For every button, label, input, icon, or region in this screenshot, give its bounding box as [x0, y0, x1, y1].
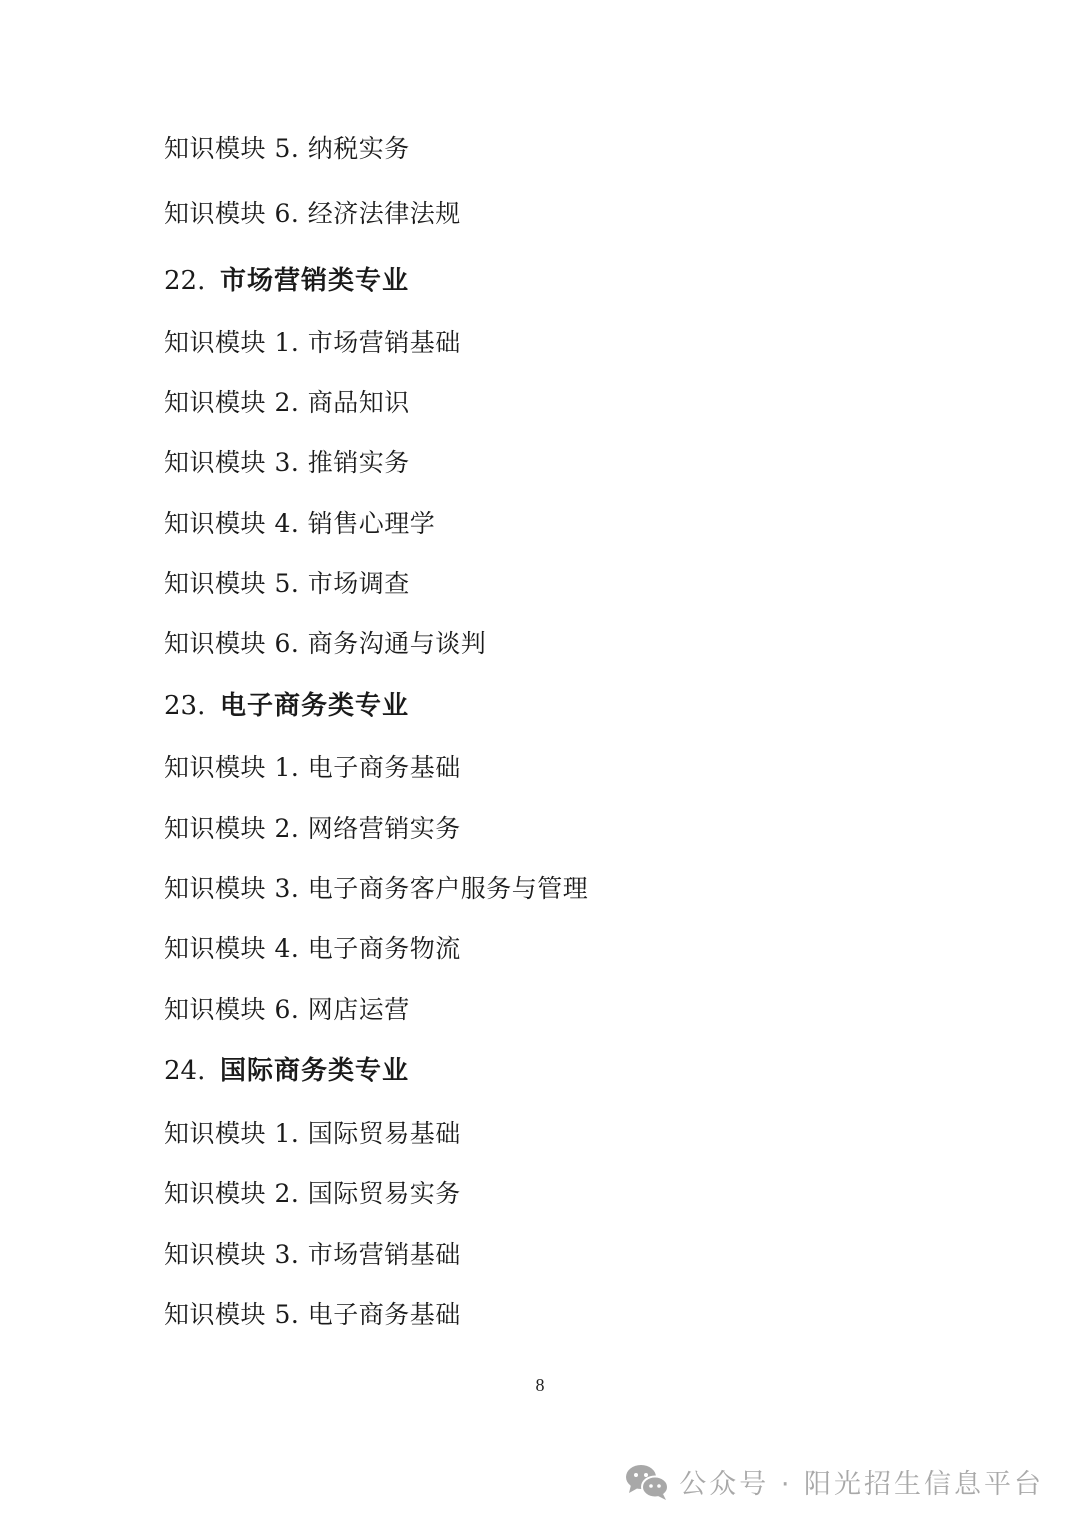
section-title: 电子商务类专业 — [220, 691, 409, 721]
knowledge-module-item: 知识模块 1. 电子商务基础 — [164, 751, 461, 785]
section-heading: 23.电子商务类专业 — [164, 688, 409, 724]
section-heading: 24.国际商务类专业 — [164, 1053, 409, 1089]
section-title: 国际商务类专业 — [220, 1056, 409, 1086]
knowledge-module-item: 知识模块 6. 经济法律法规 — [164, 197, 461, 231]
knowledge-module-item: 知识模块 5. 电子商务基础 — [164, 1298, 461, 1332]
knowledge-module-item: 知识模块 2. 国际贸易实务 — [164, 1177, 461, 1211]
knowledge-module-item: 知识模块 3. 电子商务客户服务与管理 — [164, 872, 588, 906]
section-number: 23. — [164, 688, 220, 724]
knowledge-module-item: 知识模块 6. 商务沟通与谈判 — [164, 627, 486, 661]
knowledge-module-item: 知识模块 3. 推销实务 — [164, 446, 410, 480]
knowledge-module-item: 知识模块 1. 国际贸易基础 — [164, 1117, 461, 1151]
knowledge-module-item: 知识模块 5. 纳税实务 — [164, 132, 410, 166]
section-number: 24. — [164, 1053, 220, 1089]
knowledge-module-item: 知识模块 3. 市场营销基础 — [164, 1238, 461, 1272]
knowledge-module-item: 知识模块 5. 市场调查 — [164, 567, 410, 601]
watermark-footer: 公众号 · 阳光招生信息平台 — [625, 1462, 1044, 1501]
wechat-icon — [625, 1463, 669, 1501]
page-number: 8 — [0, 1375, 1080, 1396]
document-page: 知识模块 5. 纳税实务知识模块 6. 经济法律法规22.市场营销类专业知识模块… — [0, 0, 1080, 1527]
footer-text: 公众号 · 阳光招生信息平台 — [679, 1462, 1044, 1501]
knowledge-module-item: 知识模块 1. 市场营销基础 — [164, 326, 461, 360]
knowledge-module-item: 知识模块 2. 网络营销实务 — [164, 812, 461, 846]
knowledge-module-item: 知识模块 4. 销售心理学 — [164, 507, 435, 541]
section-heading: 22.市场营销类专业 — [164, 263, 409, 299]
section-number: 22. — [164, 263, 220, 299]
section-title: 市场营销类专业 — [220, 266, 409, 296]
knowledge-module-item: 知识模块 2. 商品知识 — [164, 386, 410, 420]
knowledge-module-item: 知识模块 4. 电子商务物流 — [164, 932, 461, 966]
knowledge-module-item: 知识模块 6. 网店运营 — [164, 993, 410, 1027]
